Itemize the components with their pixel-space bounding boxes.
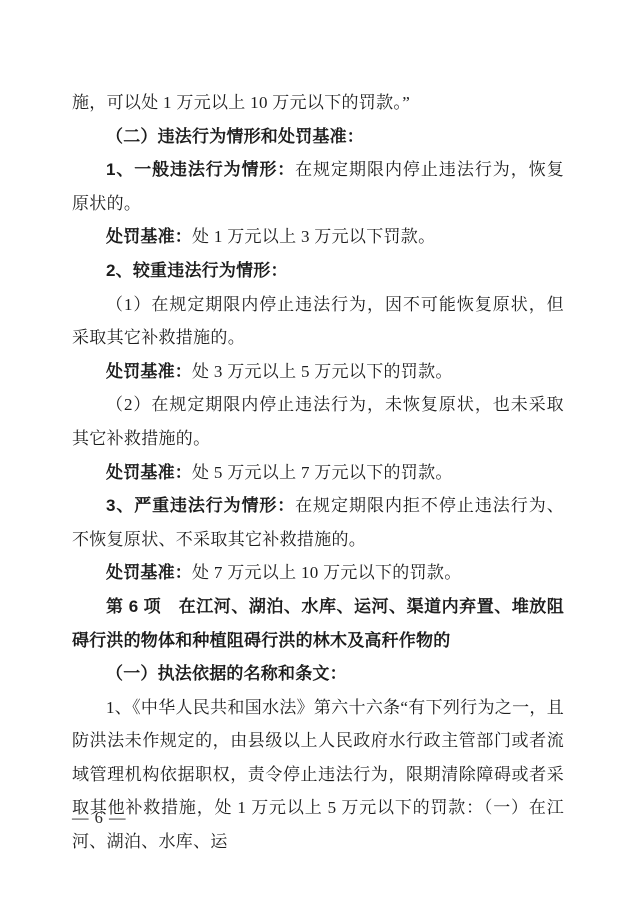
paragraph: 1、一般违法行为情形：在规定期限内停止违法行为，恢复原状的。 — [72, 153, 564, 220]
paragraph-text-bold: 1、一般违法行为情形： — [106, 160, 295, 179]
paragraph: （一）执法依据的名称和条文： — [72, 657, 564, 691]
paragraph-text: 施，可以处 1 万元以上 10 万元以下的罚款。” — [72, 93, 410, 112]
footer: — 6 — — [72, 806, 127, 830]
paragraph-text-bold: 3、严重违法行为情形： — [106, 496, 295, 515]
paragraph-text: （2）在规定期限内停止违法行为，未恢复原状，也未采取其它补救措施的。 — [72, 395, 564, 448]
paragraph-text-bold: 处罚基准： — [106, 563, 192, 582]
paragraph-text-bold: （一）执法依据的名称和条文： — [106, 664, 347, 683]
paragraph: 处罚基准：处 5 万元以上 7 万元以下的罚款。 — [72, 456, 564, 490]
paragraph-text: 处 5 万元以上 7 万元以下的罚款。 — [192, 463, 453, 482]
paragraph: 处罚基准：处 1 万元以上 3 万元以下罚款。 — [72, 220, 564, 254]
paragraph-text-bold: 处罚基准： — [106, 362, 192, 381]
paragraph-text-bold: 2、较重违法行为情形： — [106, 261, 288, 280]
paragraph: 1、《中华人民共和国水法》第六十六条“有下列行为之一，且防洪法未作规定的，由县级… — [72, 691, 564, 859]
document-body: 施，可以处 1 万元以上 10 万元以下的罚款。”（二）违法行为情形和处罚基准：… — [72, 86, 564, 859]
paragraph: 第 6 项 在江河、湖泊、水库、运河、渠道内弃置、堆放阻碍行洪的物体和种植阻碍行… — [72, 590, 564, 657]
paragraph-text-bold: 第 6 项 在江河、湖泊、水库、运河、渠道内弃置、堆放阻碍行洪的物体和种植阻碍行… — [72, 597, 564, 650]
paragraph: （二）违法行为情形和处罚基准： — [72, 120, 564, 154]
paragraph: 处罚基准：处 7 万元以上 10 万元以下的罚款。 — [72, 556, 564, 590]
paragraph-text-bold: （二）违法行为情形和处罚基准： — [106, 127, 364, 146]
document-page: 施，可以处 1 万元以上 10 万元以下的罚款。”（二）违法行为情形和处罚基准：… — [0, 0, 635, 898]
paragraph-text: 1、《中华人民共和国水法》第六十六条“有下列行为之一，且防洪法未作规定的，由县级… — [72, 698, 564, 851]
paragraph-text: 处 3 万元以上 5 万元以下的罚款。 — [192, 362, 453, 381]
paragraph-text-bold: 处罚基准： — [106, 463, 192, 482]
paragraph: 处罚基准：处 3 万元以上 5 万元以下的罚款。 — [72, 355, 564, 389]
paragraph-text: 处 1 万元以上 3 万元以下罚款。 — [192, 227, 435, 246]
page-number: — 6 — — [72, 808, 127, 827]
paragraph: 2、较重违法行为情形： — [72, 254, 564, 288]
paragraph-text-bold: 处罚基准： — [106, 227, 192, 246]
paragraph: （2）在规定期限内停止违法行为，未恢复原状，也未采取其它补救措施的。 — [72, 388, 564, 455]
paragraph-text: （1）在规定期限内停止违法行为，因不可能恢复原状，但采取其它补救措施的。 — [72, 295, 564, 348]
paragraph: 3、严重违法行为情形：在规定期限内拒不停止违法行为、不恢复原状、不采取其它补救措… — [72, 489, 564, 556]
paragraph-text: 处 7 万元以上 10 万元以下的罚款。 — [192, 563, 462, 582]
paragraph: 施，可以处 1 万元以上 10 万元以下的罚款。” — [72, 86, 564, 120]
paragraph: （1）在规定期限内停止违法行为，因不可能恢复原状，但采取其它补救措施的。 — [72, 288, 564, 355]
